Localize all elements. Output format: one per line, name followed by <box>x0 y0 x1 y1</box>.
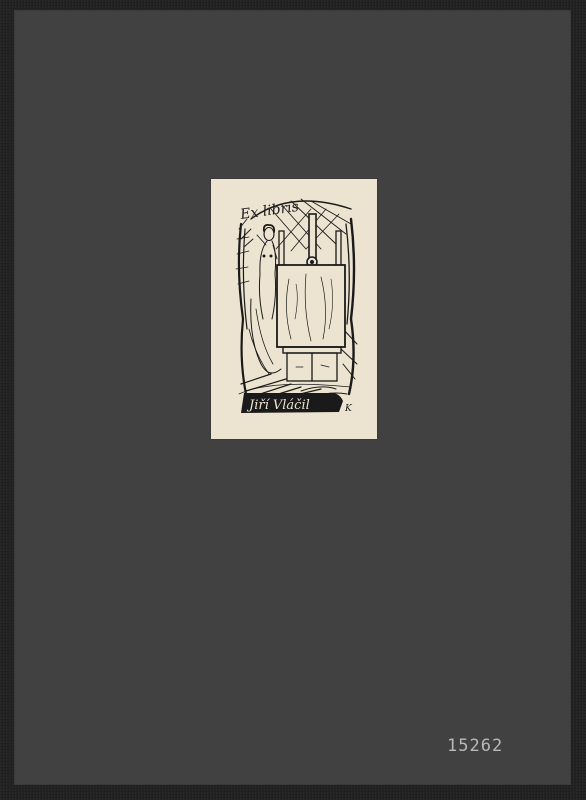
artist-monogram: K <box>344 404 353 414</box>
inventory-number: 15262 <box>447 736 503 756</box>
bookplate-illustration: Jiří Vláčil K Ex libris <box>211 179 377 439</box>
owner-name: Jiří Vláčil <box>246 398 310 413</box>
bookplate-card: Jiří Vláčil K Ex libris <box>211 179 377 439</box>
ex-libris-header: Ex libris <box>238 199 299 223</box>
